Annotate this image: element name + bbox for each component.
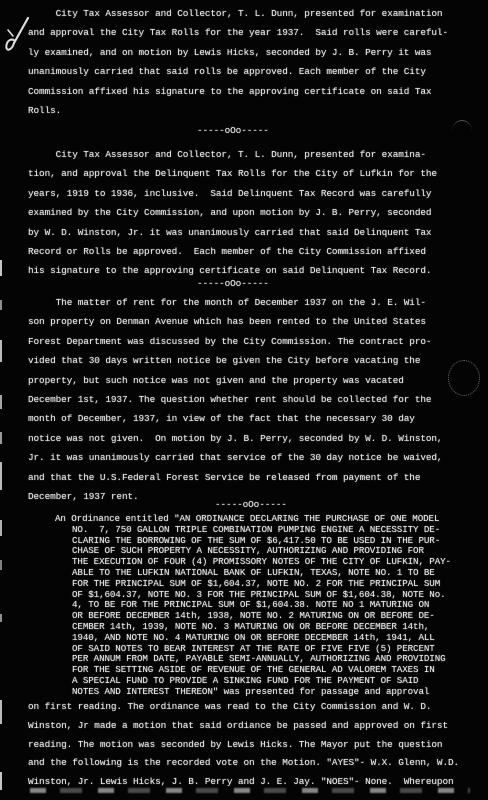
scan-edge-artifact — [0, 560, 2, 570]
scan-edge-artifact — [0, 614, 2, 622]
scan-edge-artifact — [0, 520, 2, 536]
scan-smudge-arc — [452, 120, 472, 131]
paragraph-delinquent-tax-rolls: City Tax Assessor and Collector, T. L. D… — [28, 145, 483, 281]
scan-edge-artifact — [0, 462, 2, 490]
scan-edge-artifact — [0, 772, 2, 790]
paragraph-city-tax-rolls: City Tax Assessor and Collector, T. L. D… — [28, 4, 483, 120]
paragraph-wilson-rent: The matter of rent for the month of Dece… — [28, 293, 483, 506]
section-separator: -----oOo----- — [215, 500, 287, 510]
paragraph-first-reading-vote: on first reading. The ordinance was read… — [28, 698, 483, 792]
scan-smudge-circle — [448, 360, 480, 396]
scan-edge-artifact — [0, 340, 2, 362]
scan-edge-artifact — [0, 432, 2, 444]
scan-edge-artifact — [0, 700, 2, 724]
scanned-minutes-page: City Tax Assessor and Collector, T. L. D… — [0, 0, 488, 800]
scan-edge-artifact — [0, 300, 2, 310]
section-separator: -----oOo----- — [197, 279, 269, 289]
scan-edge-artifact — [0, 260, 2, 276]
section-separator: -----oOo----- — [197, 126, 269, 136]
scan-cutoff-line-smear — [30, 788, 470, 793]
scan-edge-artifact — [0, 395, 2, 409]
paragraph-ordinance-caption: An Ordinance entitled "AN ORDINANCE DECL… — [28, 514, 483, 698]
